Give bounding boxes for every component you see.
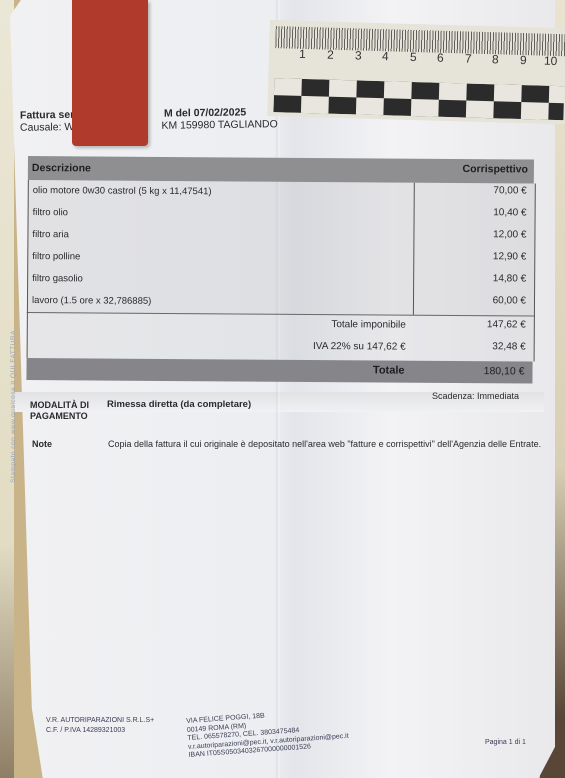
row-description: olio motore 0w30 castrol (5 kg x 11,4754…	[33, 185, 212, 197]
ruler-number: 9	[520, 53, 527, 67]
redaction-tab	[72, 0, 148, 146]
column-header-description: Descrizione	[32, 162, 91, 174]
vat-row: IVA 22% su 147,62 € 32,48 €	[28, 334, 534, 360]
row-description: filtro polline	[32, 251, 80, 262]
due-date: Scadenza: Immediata	[432, 391, 519, 401]
invoice-title-date: M del 07/02/2025	[164, 106, 246, 119]
row-amount: 10,40 €	[493, 207, 526, 218]
row-amount: 60,00 €	[493, 295, 526, 306]
ruler-number: 10	[544, 54, 558, 68]
forensic-ruler: 1 2 3 4 5 6 7 8 9 10	[267, 20, 565, 124]
invoice-table: Descrizione Corrispettivo olio motore 0w…	[26, 156, 534, 386]
company-vat-id: C.F. / P.IVA 14289321003	[46, 726, 154, 736]
ruler-number: 3	[355, 48, 362, 62]
row-description: filtro olio	[33, 207, 68, 218]
note-label: Note	[32, 439, 52, 449]
ruler-number: 4	[382, 49, 389, 63]
vat-value: 32,48 €	[492, 341, 525, 352]
row-description: filtro gasolio	[32, 273, 83, 284]
footer-contacts: VIA FELICE POGGI, 18B 00149 ROMA (RM) TE…	[186, 707, 350, 761]
table-header: Descrizione Corrispettivo	[28, 156, 534, 184]
total-row: Totale 180,10 €	[26, 358, 532, 384]
row-amount: 70,00 €	[493, 185, 526, 196]
invoice-reason-end: KM 159980 TAGLIANDO	[161, 118, 277, 132]
ruler-number: 1	[299, 47, 306, 61]
ruler-checker-band	[273, 78, 564, 120]
table-body: olio motore 0w30 castrol (5 kg x 11,4754…	[27, 180, 536, 317]
side-watermark-text: Stampato con www.qualcosa.it QUI FATTURA	[10, 330, 17, 483]
column-header-amount: Corrispettivo	[463, 163, 528, 175]
ruler-number: 2	[327, 48, 334, 62]
invoice-reason: Causale: W TKM 159980 TAGLIANDO	[20, 118, 278, 134]
row-amount: 12,90 €	[493, 251, 526, 262]
note-text: Copia della fattura il cui originale è d…	[108, 438, 548, 450]
total-value: 180,10 €	[484, 365, 525, 377]
row-description: lavoro (1.5 ore x 32,786885)	[32, 295, 151, 307]
vat-label: IVA 22% su 147,62 €	[313, 341, 406, 353]
page-number: Pagina 1 di 1	[485, 739, 526, 746]
taxable-label: Totale imponibile	[331, 319, 406, 331]
ruler-number: 5	[410, 50, 417, 64]
ruler-number: 7	[465, 51, 472, 65]
ruler-number: 6	[437, 51, 444, 65]
footer-company: V.R. AUTORIPARAZIONI S.R.L.S+ C.F. / P.I…	[46, 716, 154, 736]
row-amount: 14,80 €	[493, 273, 526, 284]
total-label: Totale	[373, 364, 405, 376]
row-description: filtro aria	[32, 229, 69, 240]
payment-method-value: Rimessa diretta (da completare)	[107, 399, 251, 410]
summary-box: Totale imponibile 147,62 € IVA 22% su 14…	[27, 312, 535, 362]
taxable-value: 147,62 €	[487, 319, 526, 330]
row-amount: 12,00 €	[493, 229, 526, 240]
company-name: V.R. AUTORIPARAZIONI S.R.L.S+	[46, 716, 154, 726]
ruler-number: 8	[492, 52, 499, 66]
payment-method-label: MODALITÀ DI PAGAMENTO	[30, 400, 100, 422]
